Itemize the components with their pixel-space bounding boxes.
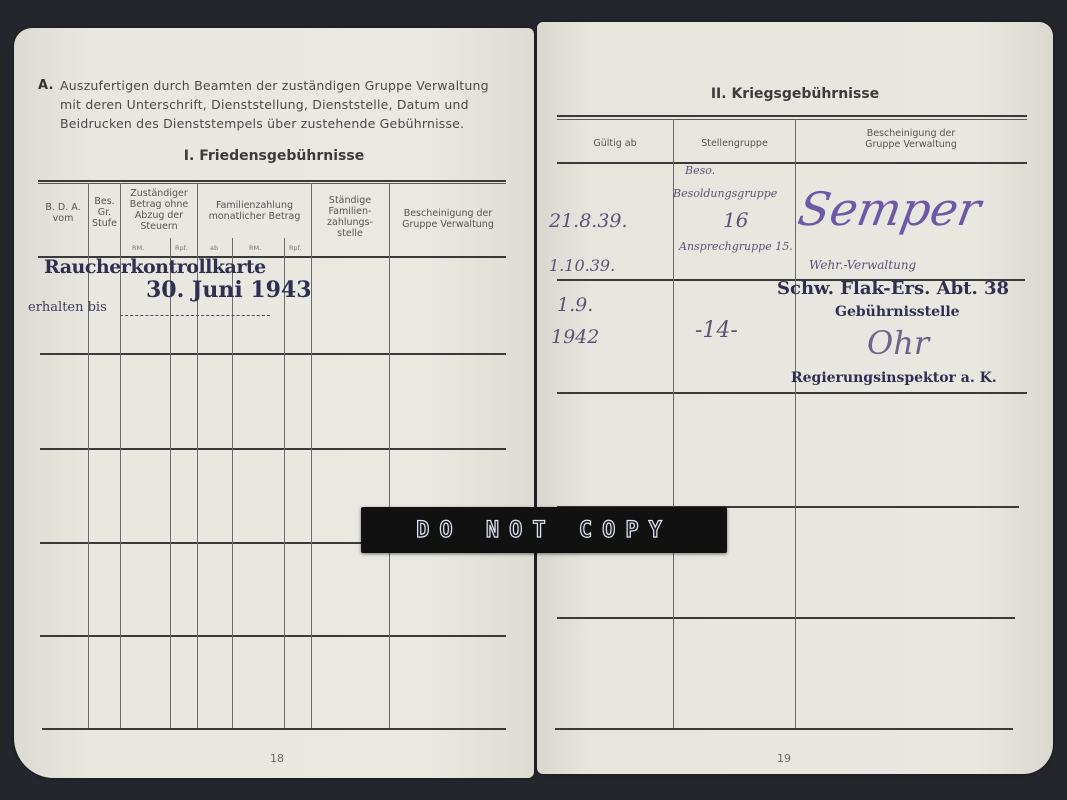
row1-date-2: 1.10.39. [549, 256, 615, 275]
table-top-rule [557, 115, 1027, 117]
col-divider [795, 119, 796, 728]
instruction-line-3: Beidrucken des Dienststempels über zuste… [38, 114, 516, 133]
stamp-raucherkontrollkarte: Raucherkontrollkarte [44, 256, 266, 278]
row-rule-4 [40, 635, 506, 637]
unit-rpf: Rpf. [289, 244, 302, 252]
header-bottom-rule [557, 162, 1027, 164]
section-title-peace: I. Friedensgebührnisse [14, 148, 534, 164]
table-bottom-rule [42, 728, 506, 730]
do-not-copy-label: DO NOT COPY [361, 507, 727, 553]
col-divider [170, 238, 171, 728]
unit-ab: ab [210, 244, 218, 252]
unit-rm: RM. [249, 244, 261, 252]
unit-rm: RM. [132, 244, 144, 252]
unit-rpf: Rpf. [175, 244, 188, 252]
left-page: A. Auszufertigen durch Beamten der zustä… [14, 28, 534, 778]
page-number: 19 [777, 752, 791, 765]
stamp-prefix: erhalten bis [28, 300, 107, 315]
col-header-besgr: Bes. Gr. Stufe [89, 196, 120, 229]
col-header-bda: B. D. A. vom [38, 202, 88, 224]
col-divider [232, 238, 233, 728]
instruction-line-2: mit deren Unterschrift, Dienststellung, … [38, 95, 516, 114]
row1-date-1: 21.8.39. [549, 210, 628, 232]
col-divider [284, 238, 285, 728]
page-number: 18 [270, 752, 284, 765]
stamp-date: 30. Juni 1943 [146, 277, 312, 303]
col-divider [389, 183, 390, 728]
col-divider [673, 119, 674, 728]
row1-group-note: Ansprechgruppe 15. [679, 240, 793, 253]
row1-group-abbr: Beso. [685, 164, 715, 177]
row2-date-year: 1942 [551, 326, 599, 348]
table-top-rule [38, 180, 506, 182]
instruction-block: A. Auszufertigen durch Beamten der zustä… [38, 76, 516, 133]
row2-signature: Ohr [867, 324, 929, 362]
table-top-rule-inner [38, 183, 506, 184]
row1-note: Wehr.-Verwaltung [809, 258, 916, 272]
row-rule-2 [557, 392, 1027, 394]
row-rule-2 [40, 448, 506, 450]
col-header-bescheinigung: Bescheinigung der Gruppe Verwaltung [390, 208, 506, 230]
table-bottom-rule [555, 728, 1013, 730]
row2-date-day: 1.9. [557, 294, 593, 316]
col-header-stellengruppe: Stellengruppe [674, 138, 795, 149]
row1-group-label: Besoldungsgruppe [673, 187, 777, 200]
col-header-familienzahlung: Familienzahlung monatlicher Betrag [198, 200, 311, 222]
col-header-gueltig-ab: Gültig ab [557, 138, 673, 149]
col-header-zahlungsstelle: Ständige Familien-zahlungs-stelle [318, 195, 382, 239]
section-title-war: II. Kriegsgebührnisse [537, 86, 1053, 102]
stamp-title: Regierungsinspektor a. K. [791, 370, 997, 386]
col-header-bescheinigung: Bescheinigung der Gruppe Verwaltung [796, 128, 1026, 150]
row-rule-1 [40, 353, 506, 355]
row1-signature: Semper [794, 182, 985, 236]
stamp-office: Gebührnisstelle [835, 304, 960, 320]
col-header-betrag: Zuständiger Betrag ohne Abzug der Steuer… [121, 188, 197, 232]
table-top-rule-inner [557, 119, 1027, 120]
stamp-unit: Schw. Flak-Ers. Abt. 38 [777, 278, 1009, 299]
instruction-line-1: A. Auszufertigen durch Beamten der zustä… [38, 76, 516, 95]
stamp-dotted-line [120, 315, 270, 316]
row-rule-4 [557, 617, 1015, 619]
instruction-marker: A. [38, 76, 60, 95]
do-not-copy-text: DO NOT COPY [416, 518, 672, 543]
col-divider [311, 183, 312, 728]
right-page: II. Kriegsgebührnisse Gültig ab Stelleng… [537, 22, 1053, 774]
row2-group: -14- [695, 318, 738, 343]
row1-group-number: 16 [723, 208, 748, 232]
